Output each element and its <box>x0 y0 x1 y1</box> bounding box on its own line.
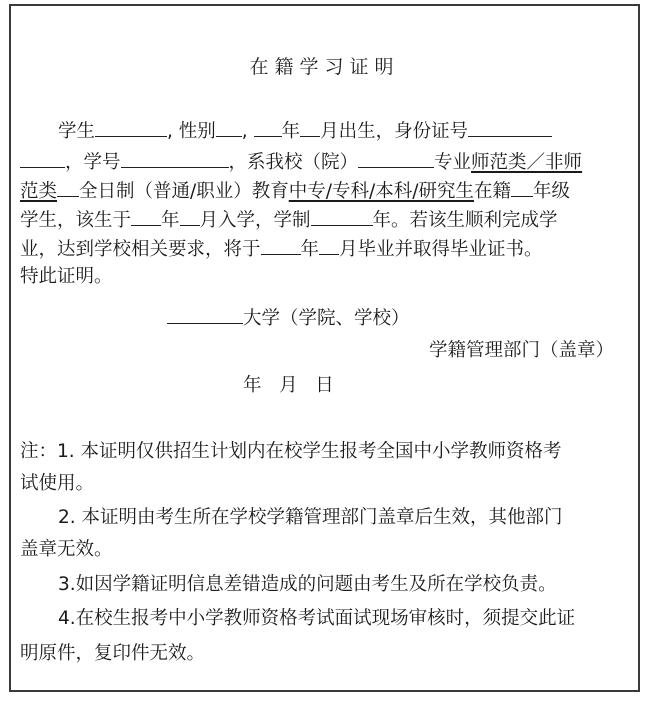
option-education-level: 中专/专科/本科/研究生 <box>289 181 474 202</box>
signature-date: 年 月 日 <box>243 374 334 398</box>
label-graduation: 业，达到学校相关要求，将于 <box>20 239 261 260</box>
blank-student-number[interactable] <box>121 149 229 168</box>
blank-graduation-month[interactable] <box>319 236 339 255</box>
label-duration: 月入学，学制 <box>200 210 311 231</box>
blank-grade[interactable] <box>511 178 533 197</box>
label-school: ，系我校（院） <box>229 152 359 173</box>
body-line-5: 业，达到学校相关要求，将于年月毕业并取得毕业证书。 <box>20 236 543 262</box>
blank-duration[interactable] <box>311 207 373 226</box>
comma: , <box>242 121 254 142</box>
label-fulltime-education: 全日制（普通/职业）教育 <box>79 181 289 202</box>
blank-id-number[interactable] <box>468 118 552 137</box>
blank-normal-type[interactable] <box>57 178 79 197</box>
label-enrolled: 在籍 <box>474 181 511 202</box>
body-line-4: 学生，该生于年月入学，学制年。若该生顺利完成学 <box>20 207 558 233</box>
body-line-2: ，学号，系我校（院）专业师范类／非师 <box>20 149 582 175</box>
label-birth-id: 月出生，身份证号 <box>320 121 468 142</box>
blank-birth-year[interactable] <box>254 118 282 137</box>
body-line-3: 范类全日制（普通/职业）教育中专/专科/本科/研究生在籍年级 <box>20 178 570 204</box>
blank-admission-year[interactable] <box>131 207 161 226</box>
body-line-1: 学生, 性别, 年月出生，身份证号 <box>20 118 552 144</box>
blank-graduation-year[interactable] <box>261 236 301 255</box>
label-major: 专业 <box>434 152 471 173</box>
signature-department: 学籍管理部门（盖章） <box>429 339 614 363</box>
signature-university: 大学（学院、学校） <box>167 305 410 331</box>
label-completion: 年。若该生顺利完成学 <box>373 210 558 231</box>
blank-major[interactable] <box>358 149 434 168</box>
blank-student-name[interactable] <box>95 118 167 137</box>
note-4-line-2: 明原件，复印件无效。 <box>20 642 205 666</box>
label-year: 年 <box>282 121 301 142</box>
label-diploma: 月毕业并取得毕业证书。 <box>339 239 543 260</box>
label-year: 年 <box>161 210 180 231</box>
label-year: 年 <box>301 239 320 260</box>
note-2-line-2: 盖章无效。 <box>20 538 113 562</box>
label-student-number: ，学号 <box>65 152 121 173</box>
blank-university-name[interactable] <box>167 305 243 324</box>
blank-id-number-cont[interactable] <box>20 149 65 168</box>
note-3: 3.如因学籍证明信息差错造成的问题由考生及所在学校负责。 <box>20 573 557 597</box>
option-normal-type-cont: 范类 <box>20 181 57 202</box>
blank-gender[interactable] <box>216 118 242 137</box>
note-2-line-1: 2. 本证明由考生所在学校学籍管理部门盖章后生效，其他部门 <box>20 506 563 530</box>
blank-birth-month[interactable] <box>300 118 320 137</box>
document-title: 在籍学习证明 <box>11 52 638 79</box>
note-1-line-1: 注：1. 本证明仅供招生计划内在校学生报考全国中小学教师资格考 <box>20 440 562 464</box>
label-university: 大学（学院、学校） <box>243 308 410 329</box>
note-1-line-2: 试使用。 <box>20 472 94 496</box>
body-line-6: 特此证明。 <box>20 265 113 289</box>
note-4-line-1: 4.在校生报考中小学教师资格考试面试现场审核时，须提交此证 <box>20 607 575 631</box>
blank-admission-month[interactable] <box>180 207 200 226</box>
label-gender: , 性别 <box>167 121 216 142</box>
option-normal-type: 师范类／非师 <box>471 152 582 173</box>
certificate-frame: 在籍学习证明 学生, 性别, 年月出生，身份证号 ，学号，系我校（院）专业师范类… <box>9 4 640 692</box>
label-grade: 年级 <box>533 181 570 202</box>
label-student: 学生 <box>58 121 95 142</box>
label-admission: 学生，该生于 <box>20 210 131 231</box>
